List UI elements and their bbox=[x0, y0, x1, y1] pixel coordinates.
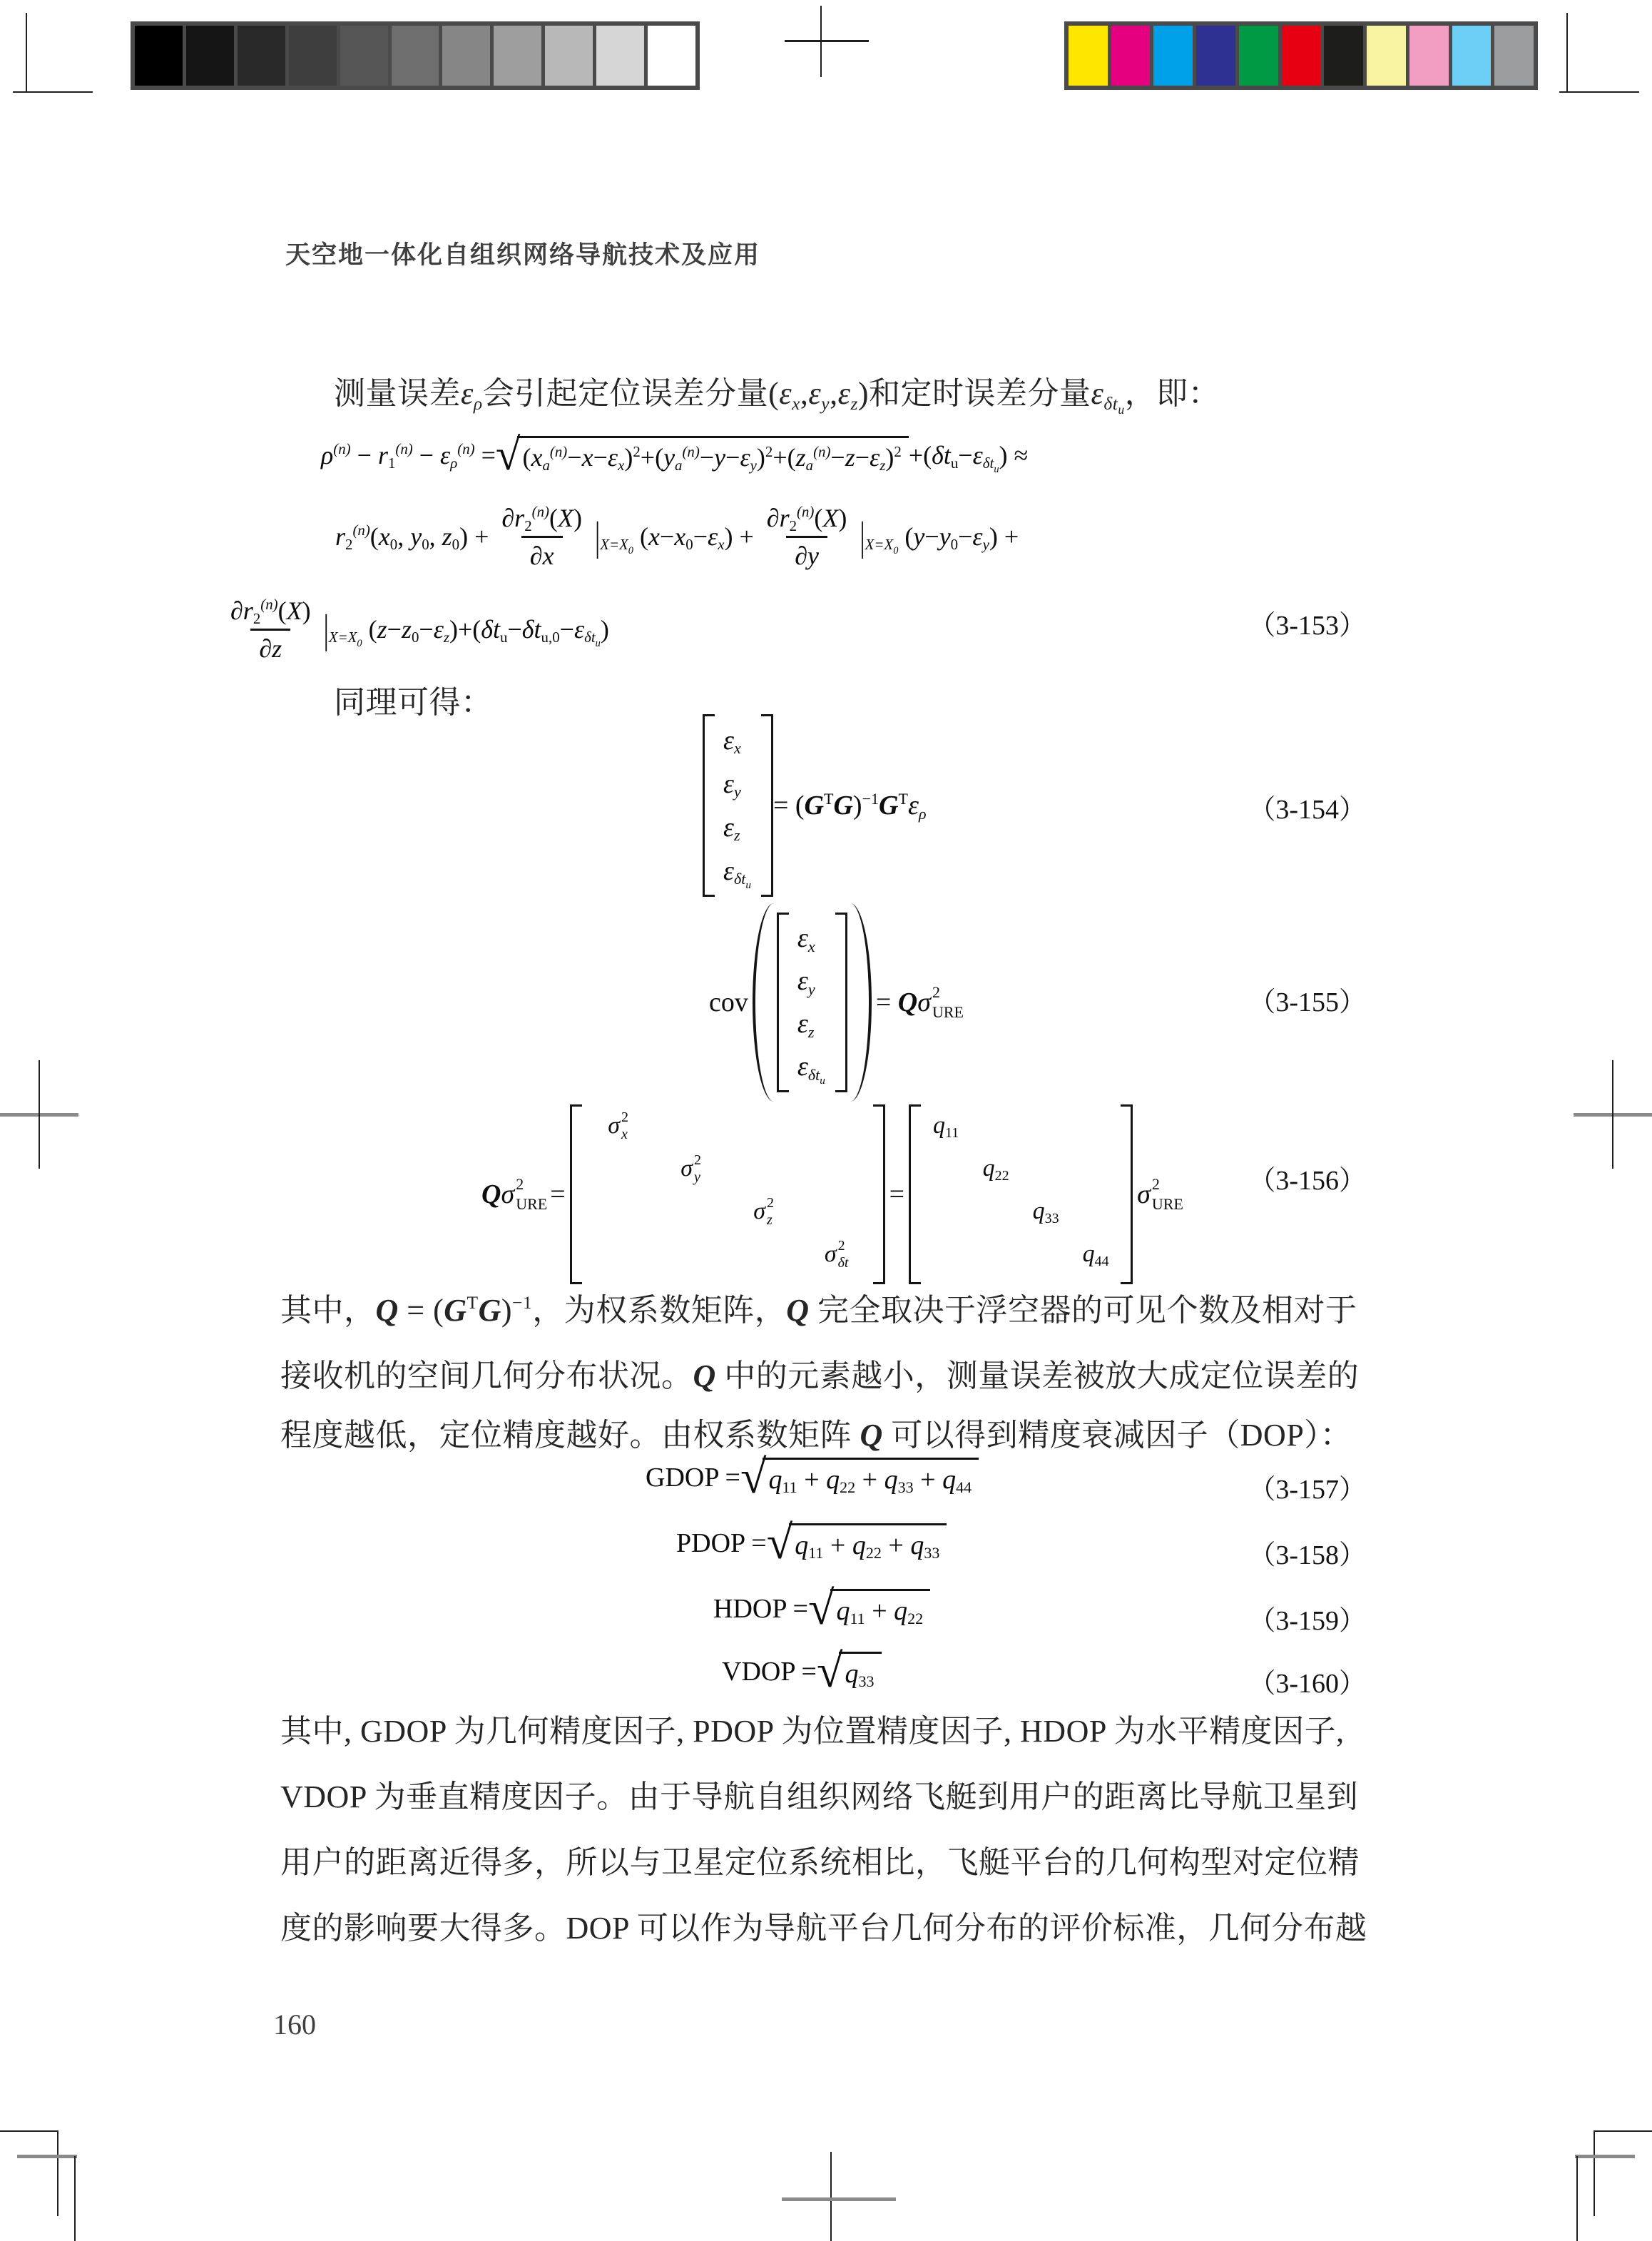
calibration-swatch bbox=[1282, 26, 1325, 86]
math-token: z bbox=[808, 1023, 815, 1041]
bracket-left bbox=[570, 1104, 582, 1284]
square-root: √ q11 + q22 bbox=[808, 1589, 930, 1630]
math-token: x bbox=[808, 937, 815, 955]
math-token: ( bbox=[362, 615, 377, 644]
math-token: δt bbox=[983, 454, 994, 472]
math-token: 11 bbox=[782, 1478, 797, 1496]
math-token: δt bbox=[481, 615, 500, 644]
square-root: √ q11 + q22 + q33 bbox=[767, 1523, 947, 1564]
math-token: 2 bbox=[253, 610, 260, 627]
bracket-right bbox=[835, 913, 847, 1092]
math-token: q bbox=[1083, 1241, 1095, 1268]
equation-3-153-line1: ρ(n) − r1(n) − ερ(n) = √ (xa(n)−x−εx)2+(… bbox=[321, 423, 1028, 487]
math-token: ε bbox=[723, 856, 734, 886]
math-expression: ρ(n) − r1(n) − ερ(n) = bbox=[321, 440, 496, 470]
math-token: ε bbox=[440, 441, 450, 469]
math-token: X=X bbox=[865, 536, 894, 553]
calibration-swatch bbox=[1111, 26, 1154, 86]
math-token: 2 bbox=[345, 536, 352, 553]
subscript: URE bbox=[516, 1196, 547, 1212]
math-token: (n) bbox=[333, 440, 350, 457]
math-token: − bbox=[958, 522, 972, 551]
subscript: 33 bbox=[1045, 1211, 1059, 1227]
equals-sign: = bbox=[889, 1179, 904, 1210]
math-token: x bbox=[531, 443, 543, 472]
math-token: σ bbox=[917, 987, 931, 1017]
math-token: HDOP = bbox=[713, 1594, 808, 1624]
math-token: a bbox=[806, 457, 813, 474]
math-token: − bbox=[693, 522, 708, 551]
pdop-label: PDOP = bbox=[676, 1528, 767, 1559]
math-token: (n) bbox=[813, 443, 830, 460]
column-vector: εxεyεzεδtu bbox=[777, 913, 847, 1092]
crop-mark-top-left bbox=[13, 91, 93, 93]
math-expression: Qσ bbox=[481, 1179, 514, 1210]
vector-row: εδtu bbox=[797, 1053, 825, 1080]
math-token: u bbox=[951, 454, 958, 472]
math-token: ε bbox=[434, 615, 444, 644]
math-token: Q bbox=[898, 987, 917, 1017]
calibration-swatch bbox=[135, 26, 186, 86]
math-token: ) bbox=[838, 504, 847, 532]
math-token: q bbox=[852, 1530, 866, 1560]
math-token: q bbox=[942, 1465, 956, 1495]
math-token: − bbox=[413, 441, 440, 469]
math-token: σ bbox=[501, 1179, 514, 1209]
page-number: 160 bbox=[273, 2008, 316, 2041]
math-token: ∂x bbox=[530, 542, 554, 570]
math-token: 2 bbox=[790, 517, 797, 534]
calibration-swatch bbox=[392, 26, 443, 86]
math-expression: |X=X0 (x−x0−εx) + bbox=[595, 522, 754, 552]
math-token: Q bbox=[693, 1358, 716, 1393]
math-token: z bbox=[734, 826, 740, 844]
math-expression: +(δtu−εδtu) ≈ bbox=[909, 440, 1028, 470]
matrix-grid: q11q22q33q44 bbox=[921, 1104, 1121, 1284]
math-token: q bbox=[884, 1465, 898, 1495]
math-token: Q bbox=[481, 1179, 501, 1209]
sup-sub-stack: 2δt bbox=[838, 1239, 849, 1270]
math-token: 接收机的空间几何分布状况。 bbox=[280, 1358, 693, 1393]
equation-number-3-160: （3-160） bbox=[1213, 1661, 1366, 1700]
math-token: T bbox=[898, 790, 907, 808]
vector-row: εz bbox=[723, 814, 751, 841]
crop-mark-bottom-right bbox=[1576, 2156, 1578, 2241]
math-token: 其中， bbox=[280, 1293, 376, 1328]
subscript: y bbox=[694, 1170, 701, 1184]
math-token: ) bbox=[853, 791, 862, 820]
math-token: − bbox=[507, 615, 521, 644]
math-token: = bbox=[550, 1179, 565, 1209]
subscript: 11 bbox=[945, 1125, 959, 1142]
equation-3-160: VDOP = √ q33 bbox=[722, 1641, 882, 1702]
math-token: , bbox=[397, 522, 410, 551]
math-token: + bbox=[797, 1465, 826, 1495]
math-token: ε bbox=[1091, 376, 1104, 411]
math-token: ( bbox=[523, 443, 531, 472]
bracket-right bbox=[761, 714, 773, 897]
matrix-diagonal-cell: σ2y bbox=[655, 1153, 728, 1184]
square-root: √ (xa(n)−x−εx)2+(ya(n)−y−εy)2+(za(n)−z−ε… bbox=[496, 436, 909, 474]
math-token: | bbox=[860, 512, 865, 560]
math-token: 会引起定位误差分量 bbox=[483, 376, 769, 411]
cov-operator: cov bbox=[709, 987, 748, 1018]
calibration-swatch bbox=[1452, 26, 1495, 86]
calibration-swatch bbox=[238, 26, 289, 86]
math-token: q bbox=[983, 1155, 995, 1182]
math-expression: = Qσ bbox=[876, 987, 931, 1018]
math-token: σ bbox=[680, 1155, 693, 1182]
math-token: (n) bbox=[550, 443, 567, 460]
math-token: ε bbox=[972, 522, 982, 551]
vector-rows: εxεyεzεδtu bbox=[789, 913, 835, 1092]
math-token: u bbox=[596, 638, 601, 649]
calibration-swatch bbox=[289, 26, 340, 86]
body-paragraph-line: 其中，Q = (GTG)−1，为权系数矩阵，Q 完全取决于浮空器的可见个数及相对… bbox=[280, 1284, 1372, 1330]
math-token: 0 bbox=[685, 536, 693, 553]
math-token: z bbox=[845, 443, 855, 472]
gdop-label: GDOP = bbox=[646, 1462, 740, 1493]
math-token: q bbox=[894, 1596, 907, 1626]
equation-3-157: GDOP = √ q11 + q22 + q33 + q44 bbox=[646, 1447, 979, 1508]
fraction: ∂r2(n)(X) ∂y bbox=[758, 503, 856, 571]
math-token: ε bbox=[797, 1052, 808, 1082]
math-token: ∂r bbox=[501, 504, 524, 532]
calibration-swatch bbox=[1409, 26, 1452, 86]
math-token: + bbox=[823, 1530, 852, 1560]
math-token: (n) bbox=[532, 503, 549, 520]
math-token: VDOP = bbox=[722, 1657, 817, 1687]
crop-mark-bottom-right bbox=[1594, 2130, 1652, 2132]
calibration-swatch bbox=[186, 26, 238, 86]
superscript: 2 bbox=[838, 1239, 849, 1253]
math-token: y bbox=[983, 536, 989, 553]
math-token: 22 bbox=[866, 1544, 882, 1562]
radicand: q11 + q22 + q33 bbox=[789, 1523, 947, 1561]
fraction: ∂r2(n)(X) ∂z bbox=[222, 596, 320, 664]
math-token: 33 bbox=[898, 1478, 914, 1496]
bracket-right bbox=[1121, 1104, 1133, 1284]
math-token: y bbox=[734, 783, 741, 801]
math-token: ) bbox=[885, 443, 894, 472]
math-token: Q bbox=[786, 1293, 809, 1328]
superscript: 2 bbox=[621, 1110, 628, 1124]
sup-sub-stack: 2x bbox=[621, 1110, 628, 1142]
math-token: (n) bbox=[260, 596, 277, 613]
math-token: −1 bbox=[862, 790, 879, 808]
math-token: ∂r bbox=[230, 596, 253, 625]
equation-3-153-line2: r2(n)(x0, y0, z0) + ∂r2(n)(X) ∂x |X=X0 (… bbox=[335, 491, 1019, 582]
fraction: ∂r2(n)(X) ∂x bbox=[493, 503, 591, 571]
math-token: σ bbox=[825, 1241, 837, 1268]
radicand: q11 + q22 bbox=[830, 1589, 930, 1627]
math-token: − bbox=[560, 615, 574, 644]
math-token: y bbox=[808, 980, 815, 998]
calibration-swatch bbox=[340, 26, 392, 86]
equation-3-158: PDOP = √ q11 + q22 + q33 bbox=[676, 1513, 947, 1574]
math-token: X bbox=[822, 504, 838, 532]
math-token: )+( bbox=[449, 615, 481, 644]
math-token: 0 bbox=[357, 638, 362, 649]
math-token: ∂r bbox=[767, 504, 790, 532]
math-token: G bbox=[479, 1293, 501, 1328]
math-token: X bbox=[287, 596, 302, 625]
math-token: a bbox=[542, 457, 549, 474]
subscript: x bbox=[621, 1127, 628, 1142]
matrix-diagonal-cell: σ2z bbox=[728, 1196, 800, 1227]
math-token: u bbox=[820, 1074, 825, 1087]
math-token: 0 bbox=[390, 536, 397, 553]
math-token: ) bbox=[624, 443, 633, 472]
denominator: ∂y bbox=[786, 536, 827, 571]
book-page: 天空地一体化自组织网络导航技术及应用 测量误差ερ会引起定位误差分量(εx,εy… bbox=[0, 0, 1652, 2241]
math-token: y bbox=[939, 522, 951, 551]
body-paragraph-line: 其中, GDOP 为几何精度因子, PDOP 为位置精度因子, HDOP 为水平… bbox=[280, 1705, 1372, 1751]
math-token: ε bbox=[808, 376, 821, 411]
math-token: δt bbox=[1103, 393, 1118, 414]
math-token: ε bbox=[870, 443, 879, 472]
math-token: − bbox=[830, 443, 845, 472]
math-expression: σ bbox=[1137, 1179, 1151, 1210]
math-token: ε bbox=[608, 443, 618, 472]
math-token: cov bbox=[709, 987, 748, 1017]
radicand: q11 + q22 + q33 + q44 bbox=[763, 1458, 979, 1495]
math-token: ρ bbox=[321, 441, 333, 469]
math-token: ) bbox=[302, 596, 311, 625]
math-token: ε bbox=[461, 376, 474, 411]
math-token: (n) bbox=[682, 443, 699, 460]
crop-mark-bottom-center bbox=[830, 2152, 832, 2241]
subscript: δt bbox=[838, 1256, 849, 1270]
sup-sub-stack: 2y bbox=[694, 1153, 701, 1184]
math-token: 44 bbox=[956, 1478, 972, 1496]
bracket-left bbox=[777, 913, 789, 1092]
math-expression: |X=X0 (z−z0−εz)+(δtu−δtu,0−εδtu) bbox=[324, 614, 609, 644]
math-token: q bbox=[826, 1465, 840, 1495]
math-token: (n) bbox=[395, 440, 412, 457]
sigma-sup-sub: 2 URE bbox=[1152, 1177, 1183, 1212]
math-token: y bbox=[663, 443, 675, 472]
math-token: 测量误差 bbox=[334, 376, 461, 411]
math-token: u bbox=[745, 879, 751, 891]
numerator: ∂r2(n)(X) bbox=[222, 596, 320, 629]
equation-number-3-153: （3-153） bbox=[1213, 603, 1366, 642]
math-expression: |X=X0 (y−y0−εy) + bbox=[860, 522, 1019, 552]
math-token: q bbox=[836, 1596, 850, 1626]
equation-3-159: HDOP = √ q11 + q22 bbox=[713, 1578, 930, 1640]
body-paragraph-line: VDOP 为垂直精度因子。由于导航自组织网络飞艇到用户的距离比导航卫星到 bbox=[280, 1771, 1372, 1816]
math-token: 22 bbox=[907, 1610, 923, 1627]
crop-mark-bottom-left bbox=[0, 2130, 58, 2132]
sigma-sup-sub: 2 URE bbox=[932, 985, 964, 1020]
math-token: x bbox=[582, 443, 593, 472]
math-token: x bbox=[734, 739, 741, 757]
math-token: −1 bbox=[512, 1292, 532, 1313]
math-token: T bbox=[824, 790, 833, 808]
math-token: ε bbox=[838, 376, 851, 411]
equation-number-3-154: （3-154） bbox=[1213, 787, 1366, 826]
equation-3-153-line3: ∂r2(n)(X) ∂z |X=X0 (z−z0−εz)+(δtu−δtu,0−… bbox=[218, 584, 609, 675]
equation-3-154: εxεyεzεδtu = (GTG)−1GTερ bbox=[703, 712, 927, 899]
body-paragraph-line: 用户的距离近得多，所以与卫星定位系统相比，飞艇平台的几何构型对定位精 bbox=[280, 1836, 1372, 1882]
square-root: √ q33 bbox=[817, 1652, 882, 1692]
math-token: 0 bbox=[951, 536, 958, 553]
math-token: ε bbox=[740, 443, 750, 472]
math-token: X bbox=[558, 504, 573, 532]
paren-left bbox=[753, 903, 774, 1102]
crop-mark-top-center bbox=[785, 40, 869, 42]
matrix-diagonal-cell: q22 bbox=[971, 1155, 1021, 1182]
math-token: 1 bbox=[388, 454, 395, 472]
math-token: z bbox=[444, 629, 449, 646]
math-token: a bbox=[675, 457, 682, 474]
math-token: ) + bbox=[989, 522, 1019, 551]
math-token: q bbox=[933, 1112, 945, 1139]
math-token: ( bbox=[370, 522, 379, 551]
bracket-left bbox=[703, 714, 715, 897]
math-token: z bbox=[442, 522, 452, 551]
math-token: z bbox=[796, 443, 806, 472]
body-paragraph-line: 度的影响要大得多。DOP 可以作为导航平台几何分布的评价标准，几何分布越 bbox=[280, 1902, 1372, 1948]
crop-mark-middle-left bbox=[39, 1060, 40, 1169]
math-token: 0 bbox=[412, 629, 419, 646]
subscript: URE bbox=[1152, 1196, 1183, 1212]
math-token: x bbox=[648, 522, 660, 551]
equals-sign: = bbox=[550, 1179, 565, 1210]
math-token: y bbox=[750, 457, 757, 474]
math-token: q bbox=[910, 1530, 924, 1560]
denominator: ∂x bbox=[521, 536, 563, 571]
calibration-swatch bbox=[494, 26, 545, 86]
superscript: 2 bbox=[694, 1153, 701, 1167]
crop-mark-bottom-right bbox=[1594, 2130, 1595, 2216]
math-token: − bbox=[958, 441, 972, 469]
math-token: + bbox=[865, 1596, 894, 1626]
math-token: − bbox=[567, 443, 581, 472]
crop-mark-top-left bbox=[26, 13, 27, 93]
math-token: q bbox=[795, 1530, 808, 1560]
math-token: 11 bbox=[850, 1610, 865, 1627]
subscript: 22 bbox=[995, 1168, 1009, 1184]
vector-row: εx bbox=[797, 925, 825, 952]
math-token: 完全取决于浮空器的可见个数及相对于 bbox=[810, 1293, 1357, 1328]
math-token: 0 bbox=[893, 545, 898, 557]
math-token: ε bbox=[797, 966, 808, 996]
math-token: ( bbox=[768, 376, 779, 411]
math-token: − bbox=[593, 443, 608, 472]
math-token: ε bbox=[908, 791, 919, 820]
math-token: (n) bbox=[457, 440, 474, 457]
math-token: − bbox=[855, 443, 870, 472]
diagonal-matrix-sigma: σ2xσ2yσ2zσ2δt bbox=[570, 1104, 885, 1284]
crop-mark-middle-right bbox=[1612, 1060, 1613, 1169]
math-token: − bbox=[924, 522, 939, 551]
math-token: 11 bbox=[808, 1544, 823, 1562]
math-token: 2 bbox=[633, 443, 640, 460]
math-token: T bbox=[467, 1292, 479, 1313]
numerator: ∂r2(n)(X) bbox=[493, 503, 591, 536]
superscript: 2 bbox=[1152, 1177, 1183, 1192]
math-token: 0 bbox=[422, 536, 429, 553]
vector-row: εy bbox=[723, 771, 751, 798]
math-token: u bbox=[1118, 402, 1124, 417]
math-token: δt bbox=[584, 629, 596, 646]
crop-mark-top-right bbox=[1566, 13, 1568, 93]
math-token: ρ bbox=[474, 393, 483, 414]
math-token: 0 bbox=[628, 545, 633, 557]
calibration-swatch bbox=[1494, 26, 1534, 86]
math-token: G bbox=[833, 791, 852, 820]
math-token: ) bbox=[601, 615, 609, 644]
matrix-diagonal-cell: σ2x bbox=[582, 1110, 655, 1142]
matrix-diagonal-cell: q11 bbox=[921, 1112, 971, 1139]
sup-sub-stack: 2z bbox=[767, 1196, 774, 1227]
column-vector: εxεyεzεδtu bbox=[703, 714, 773, 897]
superscript: 2 bbox=[932, 985, 964, 1000]
equation-number-3-157: （3-157） bbox=[1213, 1467, 1366, 1506]
math-token: δt bbox=[808, 1066, 820, 1084]
math-token: 33 bbox=[924, 1544, 939, 1562]
denominator: ∂z bbox=[250, 629, 290, 664]
math-token: ，即： bbox=[1125, 376, 1220, 411]
math-token: ) + bbox=[724, 522, 753, 551]
math-token: ( bbox=[898, 522, 913, 551]
square-root: √ q11 + q22 + q33 + q44 bbox=[740, 1458, 979, 1498]
math-token: , bbox=[429, 522, 442, 551]
vector-row: εδtu bbox=[723, 858, 751, 885]
math-token: 33 bbox=[858, 1672, 874, 1690]
math-token: ε bbox=[797, 923, 808, 953]
calibration-swatch bbox=[442, 26, 494, 86]
math-token: +( bbox=[909, 441, 932, 469]
math-token: ) + bbox=[459, 522, 489, 551]
math-token: q bbox=[1033, 1198, 1045, 1225]
math-token: r bbox=[378, 441, 388, 469]
math-token: y bbox=[714, 443, 725, 472]
vector-row: εz bbox=[797, 1010, 825, 1037]
math-token: u bbox=[994, 464, 999, 475]
math-token: y bbox=[821, 393, 830, 414]
math-token: ( bbox=[814, 504, 822, 532]
math-token: y bbox=[410, 522, 422, 551]
math-token: − bbox=[387, 615, 402, 644]
math-expression: r2(n)(x0, y0, z0) + bbox=[335, 522, 489, 552]
bracket-right bbox=[873, 1104, 885, 1284]
crop-mark-bottom-left bbox=[74, 2156, 76, 2241]
math-token: X=X bbox=[600, 536, 628, 553]
math-token: ε bbox=[708, 522, 718, 551]
math-token: σ bbox=[753, 1198, 765, 1225]
math-token: ρ bbox=[919, 805, 927, 823]
math-token: 和定时误差分量 bbox=[869, 376, 1091, 411]
math-token: x bbox=[618, 457, 624, 474]
calibration-swatch bbox=[648, 26, 695, 86]
math-token: ε bbox=[574, 615, 584, 644]
math-token: ∂y bbox=[795, 542, 819, 570]
math-token: 中的元素越小，测量误差被放大成定位误差的 bbox=[716, 1358, 1360, 1393]
sigma-sup-sub: 2 URE bbox=[516, 1177, 547, 1212]
bracket-left bbox=[909, 1104, 921, 1284]
equation-number-3-155: （3-155） bbox=[1213, 980, 1366, 1019]
radicand: (xa(n)−x−εx)2+(ya(n)−y−εy)2+(za(n)−z−εz)… bbox=[517, 436, 909, 472]
matrix-diagonal-cell: q44 bbox=[1071, 1241, 1121, 1268]
math-token: 2 bbox=[765, 443, 773, 460]
math-token: ε bbox=[723, 813, 734, 843]
subscript: 44 bbox=[1095, 1254, 1109, 1270]
math-token: 2 bbox=[524, 517, 531, 534]
math-token: − bbox=[700, 443, 714, 472]
calibration-swatch bbox=[545, 26, 596, 86]
